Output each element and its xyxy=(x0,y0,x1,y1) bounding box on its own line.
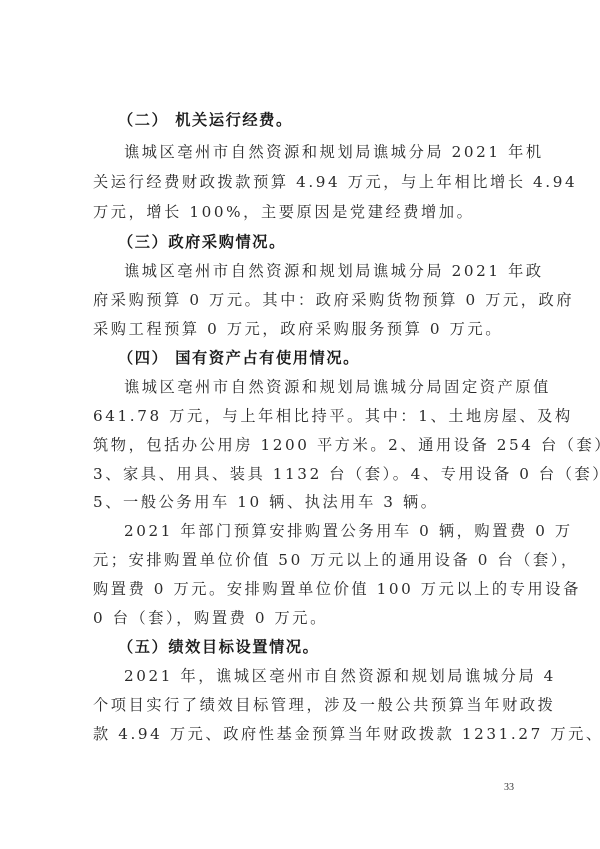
paragraph-line: 0 台（套），购置费 0 万元。 xyxy=(93,608,523,628)
paragraph-line: 万元，增长 100%，主要原因是党建经费增加。 xyxy=(93,202,523,222)
paragraph-line: 3、家具、用具、装具 1132 台（套）。4、专用设备 0 台（套）。 xyxy=(93,464,523,484)
paragraph-line: 府采购预算 0 万元。其中：政府采购货物预算 0 万元，政府 xyxy=(93,290,523,310)
paragraph-line: 5、一般公务用车 10 辆、执法用车 3 辆。 xyxy=(93,492,523,512)
section-heading-5: （五）绩效目标设置情况。 xyxy=(118,637,548,657)
paragraph-line: 谯城区亳州市自然资源和规划局谯城分局 2021 年机 xyxy=(124,142,524,162)
paragraph-line: 谯城区亳州市自然资源和规划局谯城分局固定资产原值 xyxy=(124,377,524,397)
paragraph-line: 款 4.94 万元、政府性基金预算当年财政拨款 1231.27 万元、 xyxy=(93,724,523,744)
paragraph-line: 采购工程预算 0 万元，政府采购服务预算 0 万元。 xyxy=(93,319,523,339)
paragraph-line: 关运行经费财政拨款预算 4.94 万元，与上年相比增长 4.94 xyxy=(93,172,523,192)
paragraph-line: 641.78 万元，与上年相比持平。其中：1、土地房屋、及构 xyxy=(93,406,523,426)
paragraph-line: 购置费 0 万元。安排购置单位价值 100 万元以上的专用设备 xyxy=(93,579,523,599)
paragraph-line: 2021 年，谯城区亳州市自然资源和规划局谯城分局 4 xyxy=(124,666,524,686)
section-heading-2: （二） 机关运行经费。 xyxy=(118,110,548,130)
paragraph-line: 元；安排购置单位价值 50 万元以上的通用设备 0 台（套）， xyxy=(93,550,523,570)
section-heading-3: （三）政府采购情况。 xyxy=(118,232,548,252)
paragraph-line: 2021 年部门预算安排购置公务用车 0 辆，购置费 0 万 xyxy=(124,521,524,541)
page-number: 33 xyxy=(504,782,514,793)
paragraph-line: 谯城区亳州市自然资源和规划局谯城分局 2021 年政 xyxy=(124,261,524,281)
paragraph-line: 个项目实行了绩效目标管理，涉及一般公共预算当年财政拨 xyxy=(93,695,523,715)
paragraph-line: 筑物，包括办公用房 1200 平方米。2、通用设备 254 台（套）。 xyxy=(93,435,523,455)
section-heading-4: （四） 国有资产占有使用情况。 xyxy=(118,348,548,368)
document-page: （二） 机关运行经费。 谯城区亳州市自然资源和规划局谯城分局 2021 年机 关… xyxy=(0,0,600,849)
